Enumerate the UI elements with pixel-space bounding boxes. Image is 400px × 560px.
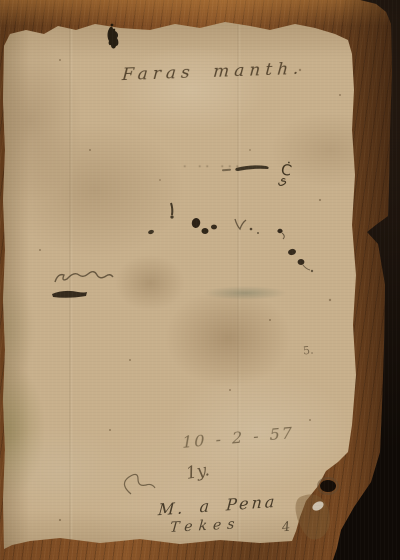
faint-dot-row: · ·· ··· (183, 160, 243, 173)
cipher-swash-glyph: ى (276, 174, 291, 187)
handwritten-title-line: Faras manth. (121, 59, 304, 85)
handwritten-bottom-number: 4 (281, 520, 291, 536)
handwritten-date-line: 10 - 2 - 57 (182, 423, 294, 452)
manuscript-cover-photo: Faras manth. · ·· ··· Ċ ى 5. 10 - 2 - 57… (0, 0, 400, 560)
handwriting-layer: Faras manth. · ·· ··· Ċ ى 5. 10 - 2 - 57… (0, 0, 400, 560)
handwritten-name-line: M. a Pena (157, 492, 278, 519)
cipher-mark: Ċ ى (278, 163, 293, 187)
handwritten-bottom-word: Tekes (169, 516, 241, 536)
handwritten-year-mark: 1y. (184, 460, 211, 484)
margin-number: 5. (302, 343, 314, 357)
